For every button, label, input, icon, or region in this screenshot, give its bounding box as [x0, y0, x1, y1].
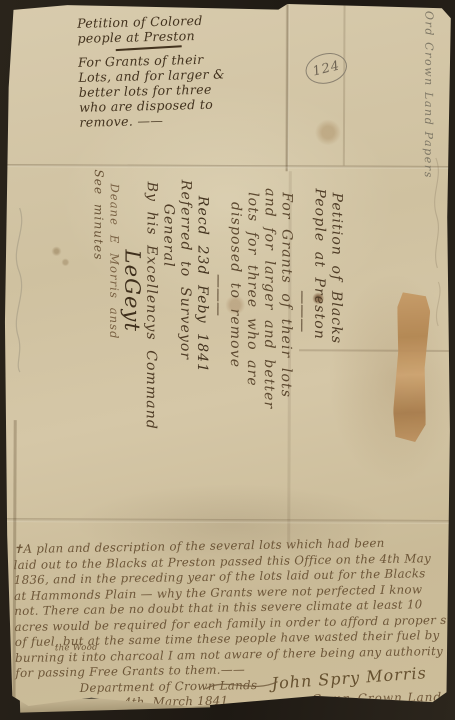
tape-repair: [392, 292, 431, 442]
rotated-docket: Petition of Blacks People at Preston ———…: [91, 161, 345, 542]
docket-line: See minutes: [88, 169, 106, 541]
docket-received-date: Recd 23d Feby 1841: [192, 196, 210, 542]
summary-line: people at Preston: [77, 27, 255, 46]
spine-pencil-note: Ord Crown Land Papers: [417, 11, 436, 183]
memorandum: ✝A plan and description of the several l…: [13, 535, 454, 713]
docket-line: General: [158, 204, 176, 542]
summary-line: remove. ——: [79, 111, 257, 130]
vertical-fold-crease-right: [343, 4, 346, 166]
signature-flourish: [201, 674, 281, 697]
docket-line: Deane E Morris ansd: [105, 183, 123, 541]
docket-line: For Grants of their lots: [276, 192, 294, 542]
vertical-fold-crease: [285, 3, 290, 171]
docket-line: disposed to remove: [226, 202, 244, 542]
faint-pencil-scribble-left: [5, 202, 34, 377]
docket-line: Referred to Surveyor: [175, 180, 193, 542]
docket-divider-dash: ———: [293, 290, 311, 542]
interline-insertion: the Wood: [55, 641, 98, 657]
document-photo: Petition of Colored people at Preston Fo…: [0, 0, 455, 720]
docket-divider-dash: ———: [209, 274, 227, 542]
docket-line: People at Preston: [310, 188, 328, 542]
petition-paper-sheet: Petition of Colored people at Preston Fo…: [1, 2, 453, 715]
summary-annotation: Petition of Colored people at Preston Fo…: [77, 12, 258, 130]
underline-flourish: [116, 45, 182, 51]
docket-line: Petition of Blacks: [326, 192, 344, 542]
docket-line: By his Excellencys Command: [142, 182, 160, 542]
docket-line: and for larger and better: [259, 188, 277, 542]
docket-line: lots for three who are: [242, 192, 260, 542]
morris-signature-title: Comr. Crown Lands: [312, 690, 450, 708]
docket-secretary-signature: LeGeyt: [122, 250, 143, 542]
file-number-text: 124: [311, 58, 342, 79]
